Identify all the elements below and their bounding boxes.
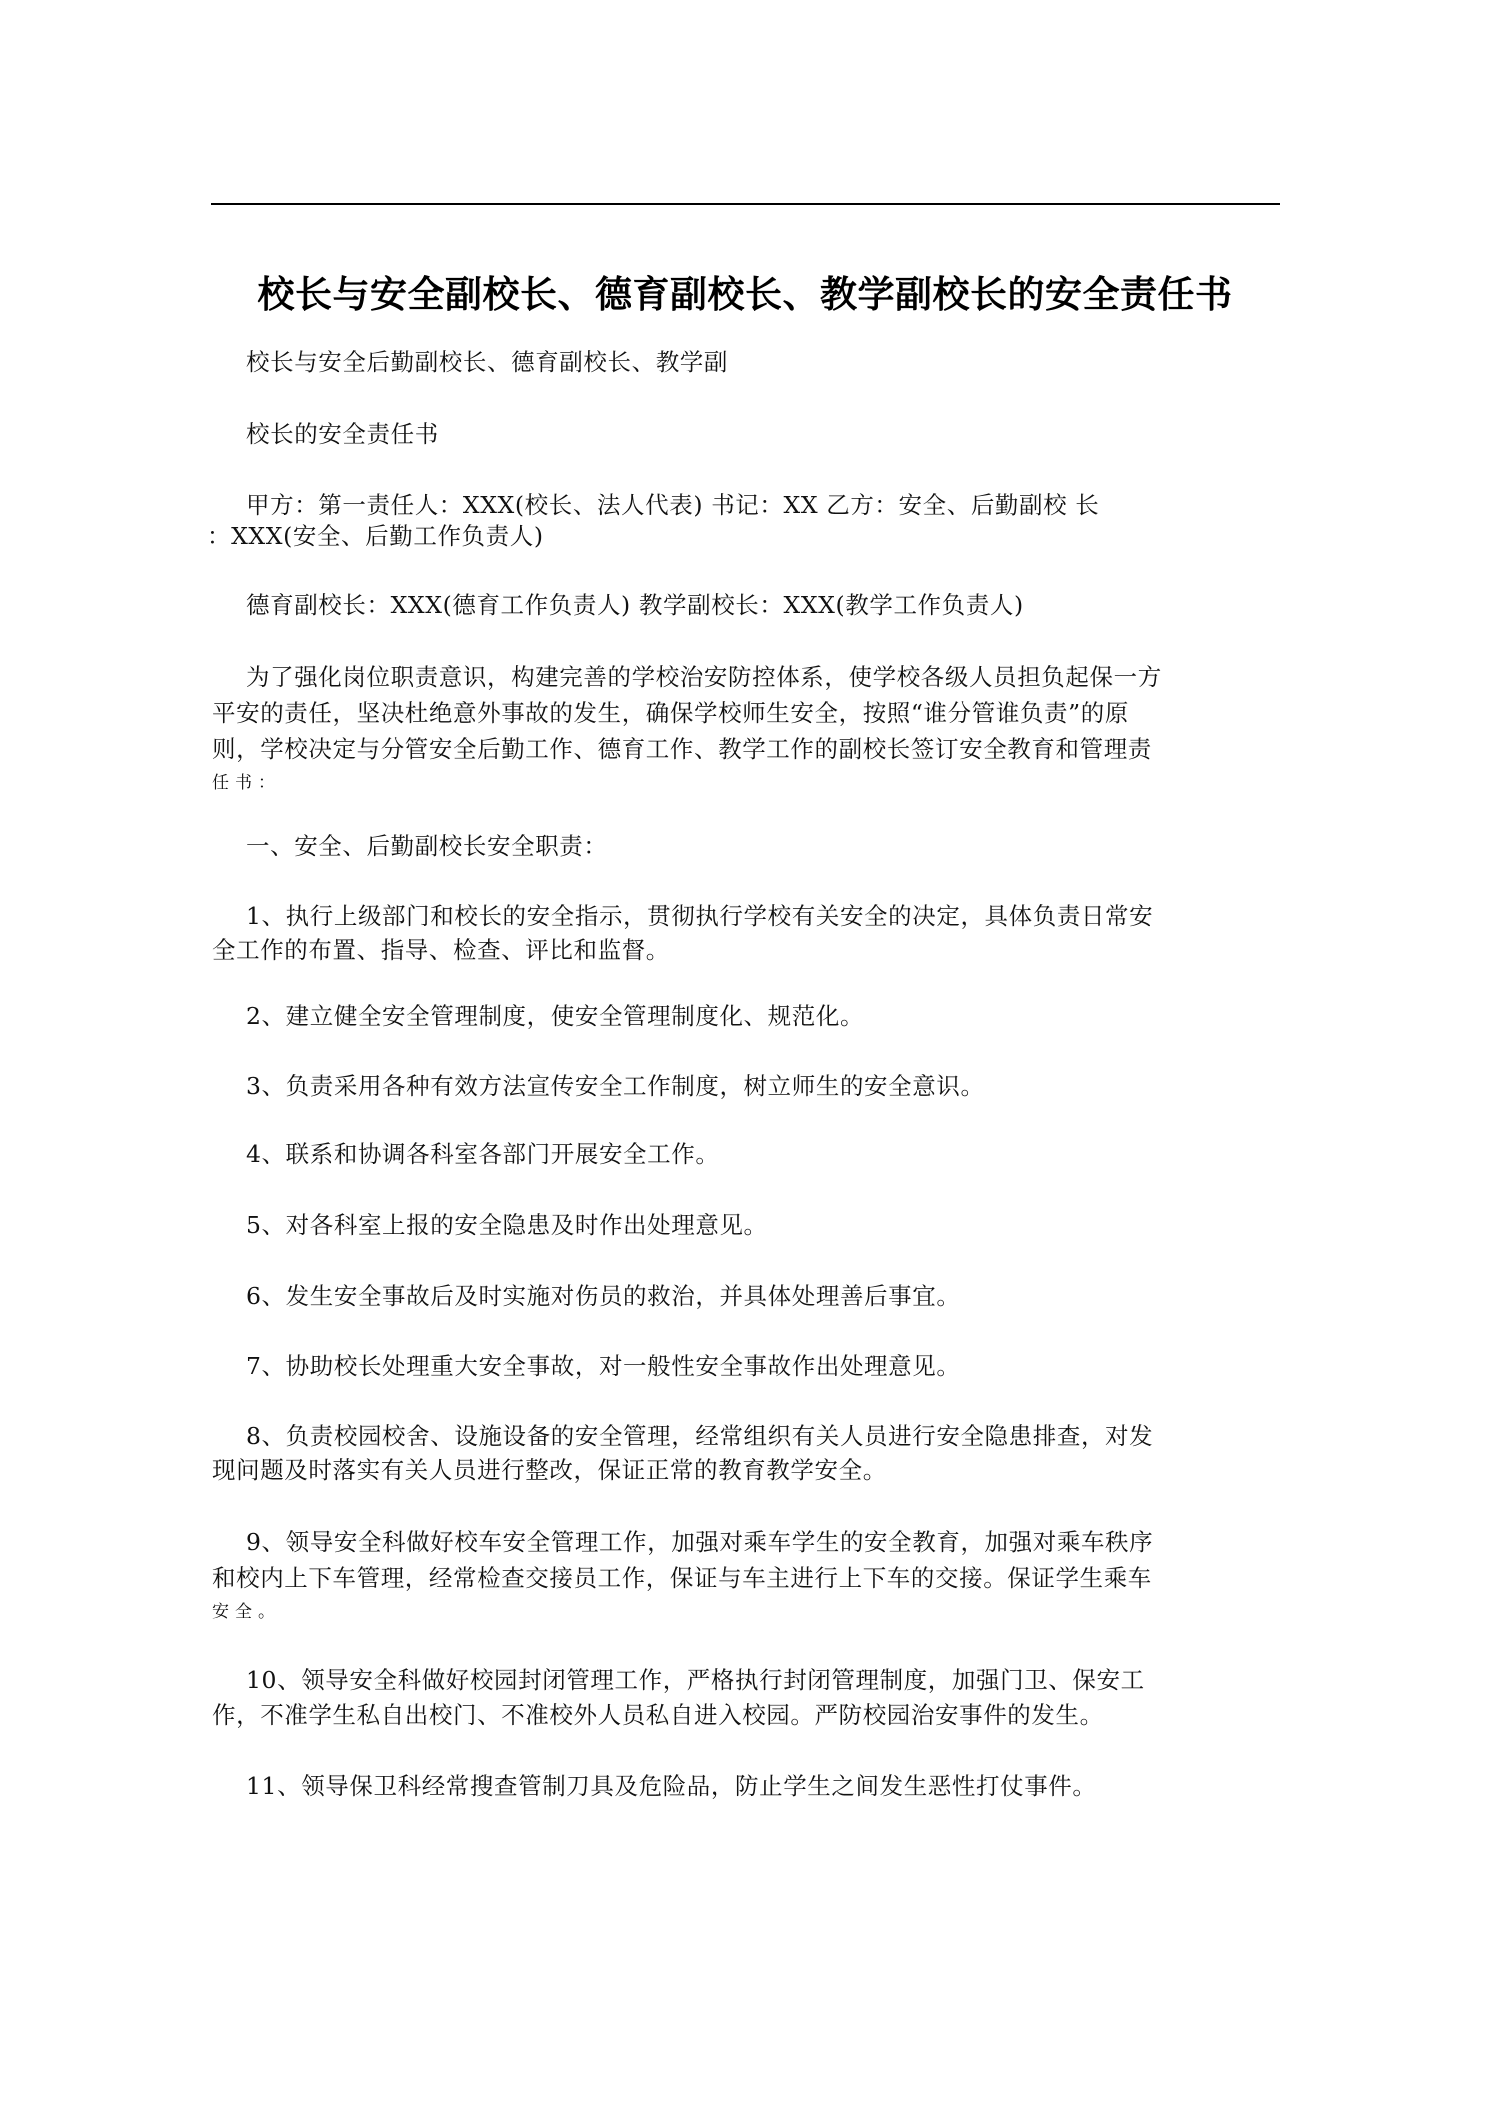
subtitle-line-1: 校长与安全后勤副校长、德育副校长、教学副 <box>246 344 1316 380</box>
document-title: 校长与安全副校长、德育副校长、教学副校长的安全责任书 <box>0 264 1490 318</box>
item-8-line-1: 8、负责校园校舍、设施设备的安全管理，经常组织有关人员进行安全隐患排查，对发 <box>246 1418 1316 1454</box>
item-11: 11、领导保卫科经常搜查管制刀具及危险品，防止学生之间发生恶性打仗事件。 <box>246 1768 1316 1804</box>
item-6: 6、发生安全事故后及时实施对伤员的救治，并具体处理善后事宜。 <box>246 1278 1316 1314</box>
intro-line-2: 平安的责任，坚决杜绝意外事故的发生，确保学校师生安全，按照“谁分管谁负责”的原 <box>212 695 1282 731</box>
item-5: 5、对各科室上报的安全隐患及时作出处理意见。 <box>246 1207 1316 1243</box>
item-2: 2、建立健全安全管理制度，使安全管理制度化、规范化。 <box>246 998 1316 1034</box>
subtitle-line-2: 校长的安全责任书 <box>246 416 1316 452</box>
item-1-line-2: 全工作的布置、指导、检查、评比和监督。 <box>212 932 1282 968</box>
item-9-line-1: 9、领导安全科做好校车安全管理工作，加强对乘车学生的安全教育，加强对乘车秩序 <box>246 1524 1316 1560</box>
intro-line-3: 则，学校决定与分管安全后勤工作、德育工作、教学工作的副校长签订安全教育和管理责 <box>212 731 1282 767</box>
intro-line-1: 为了强化岗位职责意识，构建完善的学校治安防控体系，使学校各级人员担负起保一方 <box>246 659 1316 695</box>
section-heading: 一、安全、后勤副校长安全职责： <box>246 828 1316 864</box>
parties-line-3: 德育副校长：XXX(德育工作负责人) 教学副校长：XXX(教学工作负责人) <box>246 587 1316 623</box>
item-1-line-1: 1、执行上级部门和校长的安全指示，贯彻执行学校有关安全的决定，具体负责日常安 <box>246 898 1316 934</box>
item-10-line-2: 作，不准学生私自出校门、不准校外人员私自进入校园。严防校园治安事件的发生。 <box>212 1697 1282 1733</box>
item-9-line-2: 和校内上下车管理，经常检查交接员工作，保证与车主进行上下车的交接。保证学生乘车 <box>212 1560 1282 1596</box>
intro-line-4: 任书： <box>212 765 1282 801</box>
item-7: 7、协助校长处理重大安全事故，对一般性安全事故作出处理意见。 <box>246 1348 1316 1384</box>
item-8-line-2: 现问题及时落实有关人员进行整改，保证正常的教育教学安全。 <box>212 1452 1282 1488</box>
item-10-line-1: 10、领导安全科做好校园封闭管理工作，严格执行封闭管理制度，加强门卫、保安工 <box>246 1662 1316 1698</box>
item-9-line-3: 安全。 <box>212 1594 1282 1630</box>
header-rule <box>211 203 1280 205</box>
item-3: 3、负责采用各种有效方法宣传安全工作制度，树立师生的安全意识。 <box>246 1068 1316 1104</box>
item-4: 4、联系和协调各科室各部门开展安全工作。 <box>246 1136 1316 1172</box>
parties-line-2: ：XXX(安全、后勤工作负责人) <box>207 518 1277 554</box>
